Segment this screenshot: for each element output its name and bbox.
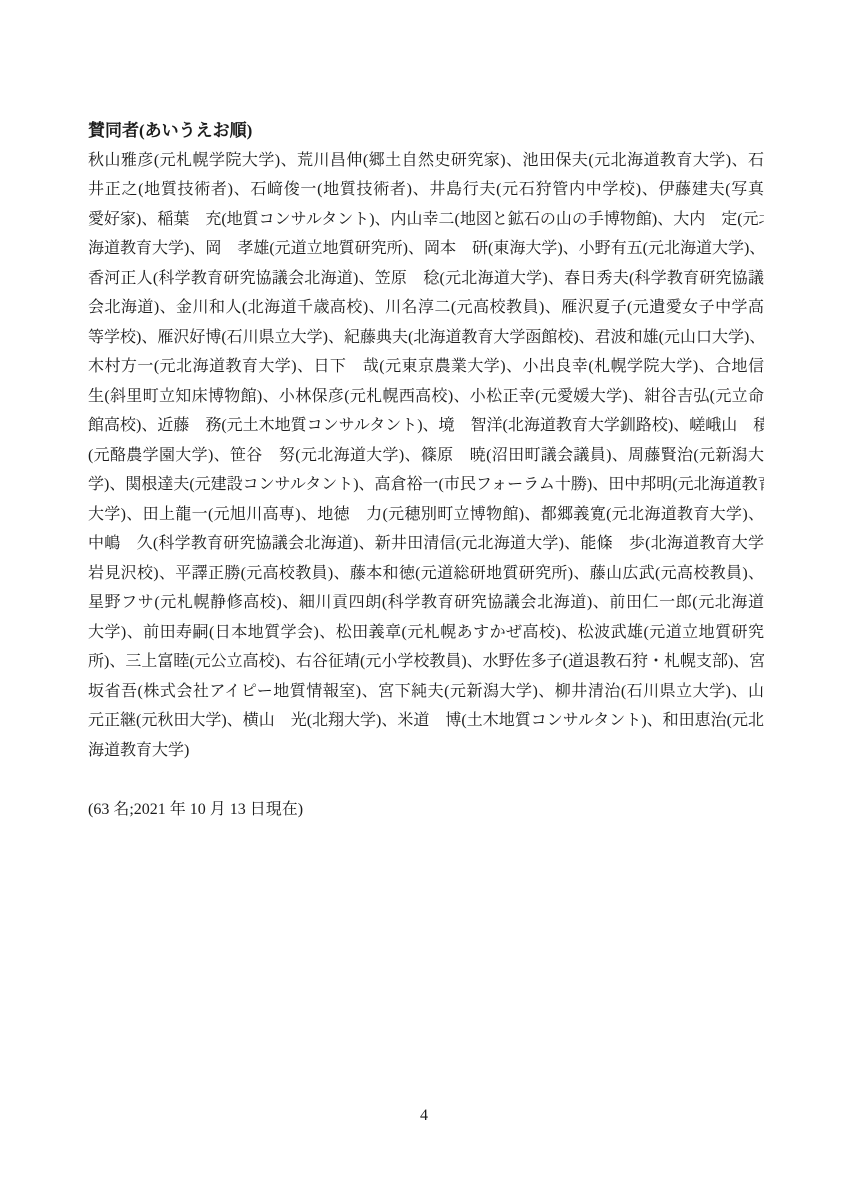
paragraph-line: 中嶋 久(科学教育研究協議会北海道)、新井田清信(元北海道大学)、能條 歩(北海…: [88, 529, 764, 559]
paragraph-line: 海道教育大学)、岡 孝雄(元道立地質研究所)、岡本 研(東海大学)、小野有五(元…: [88, 234, 764, 264]
paragraph-line: 所)、三上富睦(元公立高校)、右谷征靖(元小学校教員)、水野佐多子(道退教石狩・…: [88, 647, 764, 677]
document-body: 賛同者(あいうえお順) 秋山雅彦(元札幌学院大学)、荒川昌伸(郷土自然史研究家)…: [88, 116, 764, 824]
paragraph-line: 坂省吾(株式会社アイピー地質情報室)、宮下純夫(元新潟大学)、柳井清治(石川県立…: [88, 677, 764, 707]
paragraph-line: 元正継(元秋田大学)、横山 光(北翔大学)、米道 博(土木地質コンサルタント)、…: [88, 706, 764, 736]
paragraph-line: 学)、関根達夫(元建設コンサルタント)、高倉裕一(市民フォーラム十勝)、田中邦明…: [88, 470, 764, 500]
paragraph-line: 木村方一(元北海道教育大学)、日下 哉(元東京農業大学)、小出良幸(札幌学院大学…: [88, 352, 764, 382]
paragraph-line: 岩見沢校)、平譯正勝(元高校教員)、藤本和徳(元道総研地質研究所)、藤山広武(元…: [88, 559, 764, 589]
paragraph-line: 海道教育大学): [88, 736, 764, 766]
count-note: (63 名;2021 年 10 月 13 日現在): [88, 795, 764, 825]
page-number: 4: [0, 1101, 848, 1131]
paragraph-line: 愛好家)、稲葉 充(地質コンサルタント)、内山幸二(地図と鉱石の山の手博物館)、…: [88, 205, 764, 235]
paragraph-line: 生(斜里町立知床博物館)、小林保彦(元札幌西高校)、小松正幸(元愛媛大学)、紺谷…: [88, 382, 764, 412]
paragraph-line: 館高校)、近藤 務(元土木地質コンサルタント)、境 智洋(北海道教育大学釧路校)…: [88, 411, 764, 441]
paragraph-line: 星野フサ(元札幌静修高校)、細川貢四朗(科学教育研究協議会北海道)、前田仁一郎(…: [88, 588, 764, 618]
paragraph-line: 井正之(地質技術者)、石﨑俊一(地質技術者)、井島行夫(元石狩管内中学校)、伊藤…: [88, 175, 764, 205]
document-page: 賛同者(あいうえお順) 秋山雅彦(元札幌学院大学)、荒川昌伸(郷土自然史研究家)…: [0, 0, 848, 1200]
paragraph-line: 香河正人(科学教育研究協議会北海道)、笠原 稔(元北海道大学)、春日秀夫(科学教…: [88, 264, 764, 294]
paragraph-line: 秋山雅彦(元札幌学院大学)、荒川昌伸(郷土自然史研究家)、池田保夫(元北海道教育…: [88, 146, 764, 176]
paragraph-line: 大学)、前田寿嗣(日本地質学会)、松田義章(元札幌あすかぜ高校)、松波武雄(元道…: [88, 618, 764, 648]
paragraph-line: 大学)、田上龍一(元旭川高専)、地徳 力(元穂別町立博物館)、都郷義寛(元北海道…: [88, 500, 764, 530]
paragraph-line: 会北海道)、金川和人(北海道千歳高校)、川名淳二(元高校教員)、雁沢夏子(元遺愛…: [88, 293, 764, 323]
paragraph-line: 等学校)、雁沢好博(石川県立大学)、紀藤典夫(北海道教育大学函館校)、君波和雄(…: [88, 323, 764, 353]
section-title: 賛同者(あいうえお順): [88, 116, 764, 146]
supporters-paragraph: 秋山雅彦(元札幌学院大学)、荒川昌伸(郷土自然史研究家)、池田保夫(元北海道教育…: [88, 146, 764, 766]
paragraph-line: (元酪農学園大学)、笹谷 努(元北海道大学)、篠原 暁(沼田町議会議員)、周藤賢…: [88, 441, 764, 471]
